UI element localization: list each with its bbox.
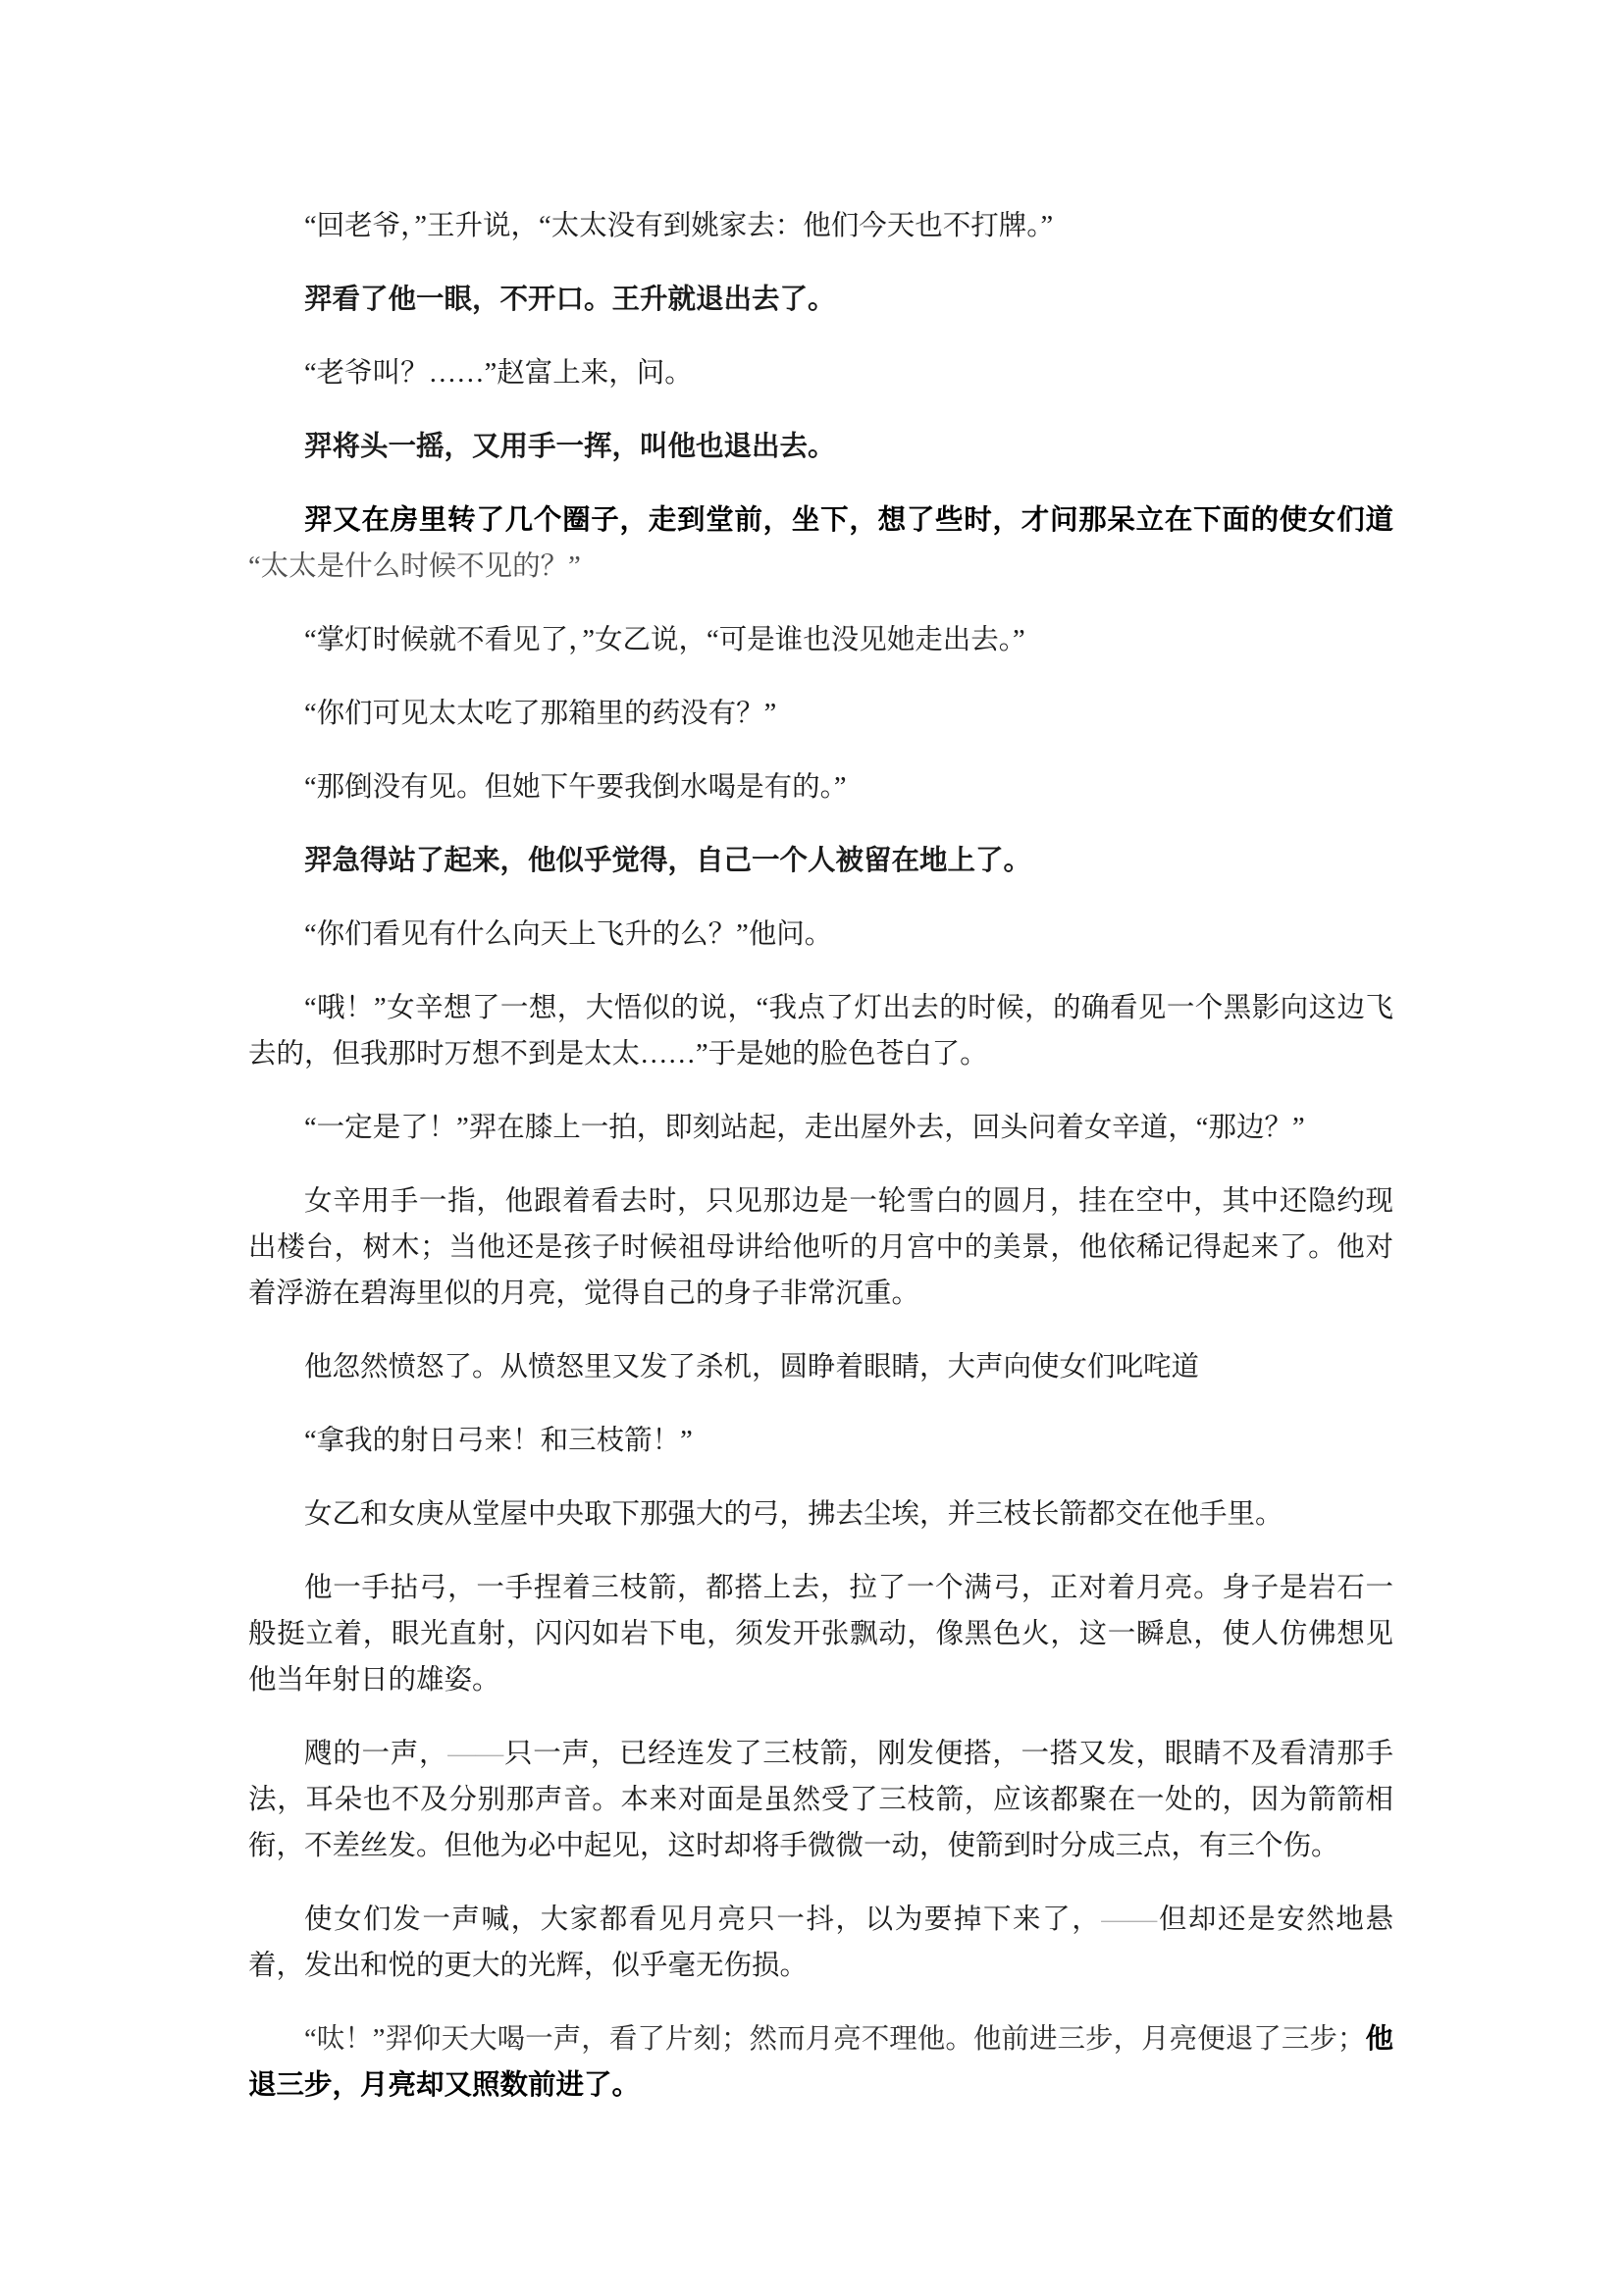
paragraph-01: “回老爷，”王升说，“太太没有到姚家去：他们今天也不打牌。” [248, 203, 1393, 249]
paragraph-05-line-1: 羿又在房里转了几个圈子，走到堂前，坐下，想了些时，才问那呆立在下面的使女们道 [304, 505, 1393, 536]
paragraph-19-text-before-dash: 使女们发一声喊，大家都看见月亮只一抖，以为要掉下来了， [304, 1905, 1101, 1935]
paragraph-07: “你们可见太太吃了那箱里的药没有？” [248, 691, 1393, 737]
paragraph-18-text-before-dash: 飕的一声， [304, 1739, 447, 1769]
text-column: “回老爷，”王升说，“太太没有到姚家去：他们今天也不打牌。” 羿看了他一眼，不开… [248, 203, 1393, 2136]
paragraph-14: 他忽然愤怒了。从愤怒里又发了杀机，圆睁着眼睛，大声向使女们叱咤道 [248, 1344, 1393, 1390]
paragraph-19-em-dash: —— [1101, 1905, 1157, 1935]
paragraph-13: 女辛用手一指，他跟着看去时，只见那边是一轮雪白的圆月，挂在空中，其中还隐约现出楼… [248, 1178, 1393, 1317]
paragraph-05: 羿又在房里转了几个圈子，走到堂前，坐下，想了些时，才问那呆立在下面的使女们道“太… [248, 497, 1393, 590]
paragraph-11: “哦！”女辛想了一想，大悟似的说，“我点了灯出去的时候，的确看见一个黑影向这边飞… [248, 985, 1393, 1077]
paragraph-19: 使女们发一声喊，大家都看见月亮只一抖，以为要掉下来了，——但却还是安然地悬着，发… [248, 1897, 1393, 1989]
paragraph-02: 羿看了他一眼，不开口。王升就退出去了。 [248, 277, 1393, 323]
paragraph-08: “那倒没有见。但她下午要我倒水喝是有的。” [248, 764, 1393, 810]
paragraph-04: 羿将头一摇，又用手一挥，叫他也退出去。 [248, 424, 1393, 470]
paragraph-15: “拿我的射日弓来！和三枝箭！” [248, 1418, 1393, 1464]
paragraph-18-em-dash: —— [447, 1739, 503, 1769]
paragraph-05-line-2: “太太是什么时候不见的？” [248, 551, 581, 582]
paragraph-20: “呔！”羿仰天大喝一声，看了片刻；然而月亮不理他。他前进三步，月亮便退了三步；他… [248, 2016, 1393, 2109]
paragraph-18: 飕的一声，——只一声，已经连发了三枝箭，刚发便搭，一搭又发，眼睛不及看清那手法，… [248, 1731, 1393, 1869]
paragraph-06: “掌灯时候就不看见了，”女乙说，“可是谁也没见她走出去。” [248, 617, 1393, 663]
paragraph-03: “老爷叫？……”赵富上来，问。 [248, 350, 1393, 396]
paragraph-16: 女乙和女庚从堂屋中央取下那强大的弓，拂去尘埃，并三枝长箭都交在他手里。 [248, 1491, 1393, 1538]
document-page: “回老爷，”王升说，“太太没有到姚家去：他们今天也不打牌。” 羿看了他一眼，不开… [0, 0, 1623, 2296]
paragraph-09: 羿急得站了起来，他似乎觉得，自己一个人被留在地上了。 [248, 838, 1393, 884]
paragraph-17: 他一手拈弓，一手捏着三枝箭，都搭上去，拉了一个满弓，正对着月亮。身子是岩石一般挺… [248, 1565, 1393, 1703]
paragraph-12: “一定是了！”羿在膝上一拍，即刻站起，走出屋外去，回头问着女辛道，“那边？” [248, 1105, 1393, 1151]
paragraph-20-line-1: “呔！”羿仰天大喝一声，看了片刻；然而月亮不理他。他前进三步，月亮便退了三步； [304, 2024, 1365, 2055]
paragraph-10: “你们看见有什么向天上飞升的么？”他问。 [248, 912, 1393, 958]
